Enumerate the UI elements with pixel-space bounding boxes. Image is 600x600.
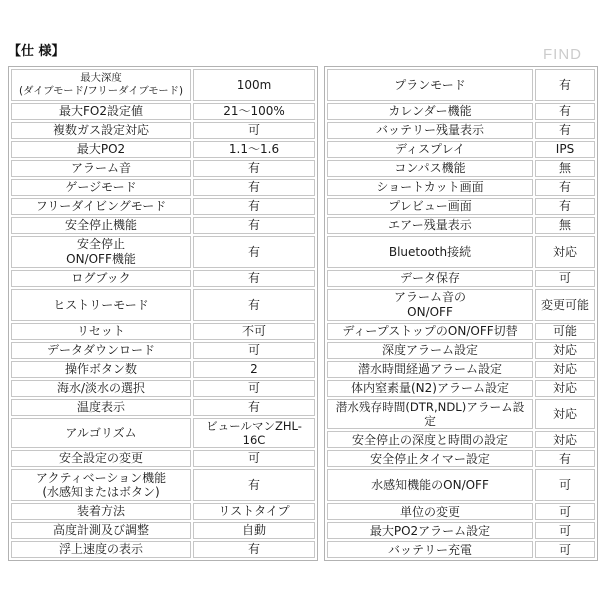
spec-label: 温度表示 bbox=[11, 399, 191, 416]
spec-value: 有 bbox=[535, 69, 595, 101]
spec-label: バッテリー残量表示 bbox=[327, 122, 533, 139]
spec-label: 安全停止 ON/OFF機能 bbox=[11, 236, 191, 268]
spec-label: 安全停止の深度と時間の設定 bbox=[327, 431, 533, 448]
spec-row: アラーム音の ON/OFF変更可能 bbox=[327, 289, 595, 321]
spec-value: 変更可能 bbox=[535, 289, 595, 321]
spec-row: 最大深度 (ダイブモード/フリーダイブモード)100m bbox=[11, 69, 315, 101]
spec-value: 有 bbox=[193, 270, 315, 287]
spec-label: 潜水残存時間(DTR,NDL)アラーム設定 bbox=[327, 399, 533, 429]
spec-value: 可 bbox=[535, 541, 595, 558]
spec-value: 有 bbox=[535, 198, 595, 215]
spec-value: 対応 bbox=[535, 431, 595, 448]
spec-row: コンパス機能無 bbox=[327, 160, 595, 177]
spec-row: アクティベーション機能 (水感知またはボタン)有 bbox=[11, 469, 315, 501]
spec-value: 有 bbox=[193, 160, 315, 177]
spec-label: 安全停止タイマー設定 bbox=[327, 450, 533, 467]
spec-value: ビュールマンZHL-16C bbox=[193, 418, 315, 448]
spec-row: 高度計測及び調整自動 bbox=[11, 522, 315, 539]
spec-value: 可能 bbox=[535, 323, 595, 340]
spec-value: 有 bbox=[193, 217, 315, 234]
spec-row: ログブック有 bbox=[11, 270, 315, 287]
spec-row: アルゴリズムビュールマンZHL-16C bbox=[11, 418, 315, 448]
spec-value: 可 bbox=[193, 122, 315, 139]
spec-label: アラーム音 bbox=[11, 160, 191, 177]
spec-value: 有 bbox=[535, 179, 595, 196]
page-title: 【仕 様】 bbox=[8, 40, 598, 59]
spec-page: FIND 【仕 様】 最大深度 (ダイブモード/フリーダイブモード)100m最大… bbox=[0, 0, 600, 600]
spec-row: 体内窒素量(N2)アラーム設定対応 bbox=[327, 380, 595, 397]
spec-label: 最大FO2設定値 bbox=[11, 103, 191, 120]
spec-label: 浮上速度の表示 bbox=[11, 541, 191, 558]
spec-label: 最大深度 (ダイブモード/フリーダイブモード) bbox=[11, 69, 191, 101]
spec-row: 安全停止 ON/OFF機能有 bbox=[11, 236, 315, 268]
spec-value: 対応 bbox=[535, 380, 595, 397]
spec-value: 有 bbox=[193, 399, 315, 416]
spec-row: ショートカット画面有 bbox=[327, 179, 595, 196]
spec-label: ログブック bbox=[11, 270, 191, 287]
spec-value: 可 bbox=[193, 380, 315, 397]
spec-row: 潜水時間経過アラーム設定対応 bbox=[327, 361, 595, 378]
spec-label: 安全設定の変更 bbox=[11, 450, 191, 467]
spec-label: ショートカット画面 bbox=[327, 179, 533, 196]
spec-value: 対応 bbox=[535, 236, 595, 268]
spec-row: ディープストップのON/OFF切替可能 bbox=[327, 323, 595, 340]
spec-label: フリーダイビングモード bbox=[11, 198, 191, 215]
spec-value: 有 bbox=[535, 103, 595, 120]
spec-label: カレンダー機能 bbox=[327, 103, 533, 120]
spec-value: 可 bbox=[193, 450, 315, 467]
spec-label: コンパス機能 bbox=[327, 160, 533, 177]
spec-label: アクティベーション機能 (水感知またはボタン) bbox=[11, 469, 191, 501]
spec-label: バッテリー充電 bbox=[327, 541, 533, 558]
spec-value: 無 bbox=[535, 160, 595, 177]
spec-value: 可 bbox=[535, 270, 595, 287]
spec-value: IPS bbox=[535, 141, 595, 158]
spec-label: 水感知機能のON/OFF bbox=[327, 469, 533, 501]
spec-row: 潜水残存時間(DTR,NDL)アラーム設定対応 bbox=[327, 399, 595, 429]
spec-value: 有 bbox=[193, 179, 315, 196]
spec-label: ディープストップのON/OFF切替 bbox=[327, 323, 533, 340]
spec-label: 海水/淡水の選択 bbox=[11, 380, 191, 397]
spec-label: ゲージモード bbox=[11, 179, 191, 196]
spec-value: 有 bbox=[535, 122, 595, 139]
spec-row: データ保存可 bbox=[327, 270, 595, 287]
spec-label: 最大PO2 bbox=[11, 141, 191, 158]
spec-row: 海水/淡水の選択可 bbox=[11, 380, 315, 397]
spec-table-left-body: 最大深度 (ダイブモード/フリーダイブモード)100m最大FO2設定値21〜10… bbox=[11, 69, 315, 558]
spec-label: 単位の変更 bbox=[327, 503, 533, 520]
spec-row: 操作ボタン数2 bbox=[11, 361, 315, 378]
spec-row: バッテリー残量表示有 bbox=[327, 122, 595, 139]
spec-value: 可 bbox=[535, 522, 595, 539]
spec-row: ゲージモード有 bbox=[11, 179, 315, 196]
spec-label: アルゴリズム bbox=[11, 418, 191, 448]
spec-value: 対応 bbox=[535, 342, 595, 359]
spec-row: プレビュー画面有 bbox=[327, 198, 595, 215]
spec-row: プランモード有 bbox=[327, 69, 595, 101]
spec-row: 安全停止の深度と時間の設定対応 bbox=[327, 431, 595, 448]
spec-row: 安全停止タイマー設定有 bbox=[327, 450, 595, 467]
spec-row: 最大PO21.1〜1.6 bbox=[11, 141, 315, 158]
spec-row: バッテリー充電可 bbox=[327, 541, 595, 558]
spec-row: 最大FO2設定値21〜100% bbox=[11, 103, 315, 120]
spec-row: ヒストリーモード有 bbox=[11, 289, 315, 321]
spec-value: 21〜100% bbox=[193, 103, 315, 120]
spec-row: 安全停止機能有 bbox=[11, 217, 315, 234]
spec-label: データダウンロード bbox=[11, 342, 191, 359]
spec-table-left: 最大深度 (ダイブモード/フリーダイブモード)100m最大FO2設定値21〜10… bbox=[8, 66, 318, 561]
spec-label: Bluetooth接続 bbox=[327, 236, 533, 268]
spec-label: 潜水時間経過アラーム設定 bbox=[327, 361, 533, 378]
spec-content: 【仕 様】 最大深度 (ダイブモード/フリーダイブモード)100m最大FO2設定… bbox=[8, 40, 598, 561]
spec-value: 有 bbox=[193, 541, 315, 558]
spec-table-right-body: プランモード有カレンダー機能有バッテリー残量表示有ディスプレイIPSコンパス機能… bbox=[327, 69, 595, 558]
spec-label: 装着方法 bbox=[11, 503, 191, 520]
spec-row: Bluetooth接続対応 bbox=[327, 236, 595, 268]
spec-label: ディスプレイ bbox=[327, 141, 533, 158]
spec-value: リストタイプ bbox=[193, 503, 315, 520]
spec-label: データ保存 bbox=[327, 270, 533, 287]
spec-label: エアー残量表示 bbox=[327, 217, 533, 234]
spec-row: 単位の変更可 bbox=[327, 503, 595, 520]
spec-row: 温度表示有 bbox=[11, 399, 315, 416]
spec-label: プランモード bbox=[327, 69, 533, 101]
spec-row: 複数ガス設定対応可 bbox=[11, 122, 315, 139]
spec-row: 最大PO2アラーム設定可 bbox=[327, 522, 595, 539]
spec-row: リセット不可 bbox=[11, 323, 315, 340]
spec-row: カレンダー機能有 bbox=[327, 103, 595, 120]
spec-value: 有 bbox=[193, 469, 315, 501]
spec-row: アラーム音有 bbox=[11, 160, 315, 177]
spec-table-right: プランモード有カレンダー機能有バッテリー残量表示有ディスプレイIPSコンパス機能… bbox=[324, 66, 598, 561]
spec-value: 対応 bbox=[535, 399, 595, 429]
spec-tables: 最大深度 (ダイブモード/フリーダイブモード)100m最大FO2設定値21〜10… bbox=[8, 66, 598, 561]
spec-label: ヒストリーモード bbox=[11, 289, 191, 321]
spec-row: 深度アラーム設定対応 bbox=[327, 342, 595, 359]
spec-value: 有 bbox=[535, 450, 595, 467]
spec-value: 有 bbox=[193, 289, 315, 321]
spec-row: エアー残量表示無 bbox=[327, 217, 595, 234]
spec-value: 有 bbox=[193, 236, 315, 268]
spec-value: 不可 bbox=[193, 323, 315, 340]
spec-label: 最大PO2アラーム設定 bbox=[327, 522, 533, 539]
spec-label: 高度計測及び調整 bbox=[11, 522, 191, 539]
spec-value: 100m bbox=[193, 69, 315, 101]
spec-label: アラーム音の ON/OFF bbox=[327, 289, 533, 321]
spec-value: 有 bbox=[193, 198, 315, 215]
spec-label: プレビュー画面 bbox=[327, 198, 533, 215]
spec-value: 可 bbox=[535, 503, 595, 520]
spec-row: 安全設定の変更可 bbox=[11, 450, 315, 467]
spec-value: 1.1〜1.6 bbox=[193, 141, 315, 158]
spec-row: フリーダイビングモード有 bbox=[11, 198, 315, 215]
spec-label: 体内窒素量(N2)アラーム設定 bbox=[327, 380, 533, 397]
spec-value: 可 bbox=[535, 469, 595, 501]
spec-label: 安全停止機能 bbox=[11, 217, 191, 234]
spec-value: 可 bbox=[193, 342, 315, 359]
spec-row: ディスプレイIPS bbox=[327, 141, 595, 158]
spec-value: 自動 bbox=[193, 522, 315, 539]
spec-value: 無 bbox=[535, 217, 595, 234]
spec-label: 深度アラーム設定 bbox=[327, 342, 533, 359]
spec-label: 操作ボタン数 bbox=[11, 361, 191, 378]
spec-row: 水感知機能のON/OFF可 bbox=[327, 469, 595, 501]
spec-value: 対応 bbox=[535, 361, 595, 378]
spec-row: 装着方法リストタイプ bbox=[11, 503, 315, 520]
spec-row: データダウンロード可 bbox=[11, 342, 315, 359]
spec-value: 2 bbox=[193, 361, 315, 378]
spec-row: 浮上速度の表示有 bbox=[11, 541, 315, 558]
spec-label: 複数ガス設定対応 bbox=[11, 122, 191, 139]
spec-label: リセット bbox=[11, 323, 191, 340]
